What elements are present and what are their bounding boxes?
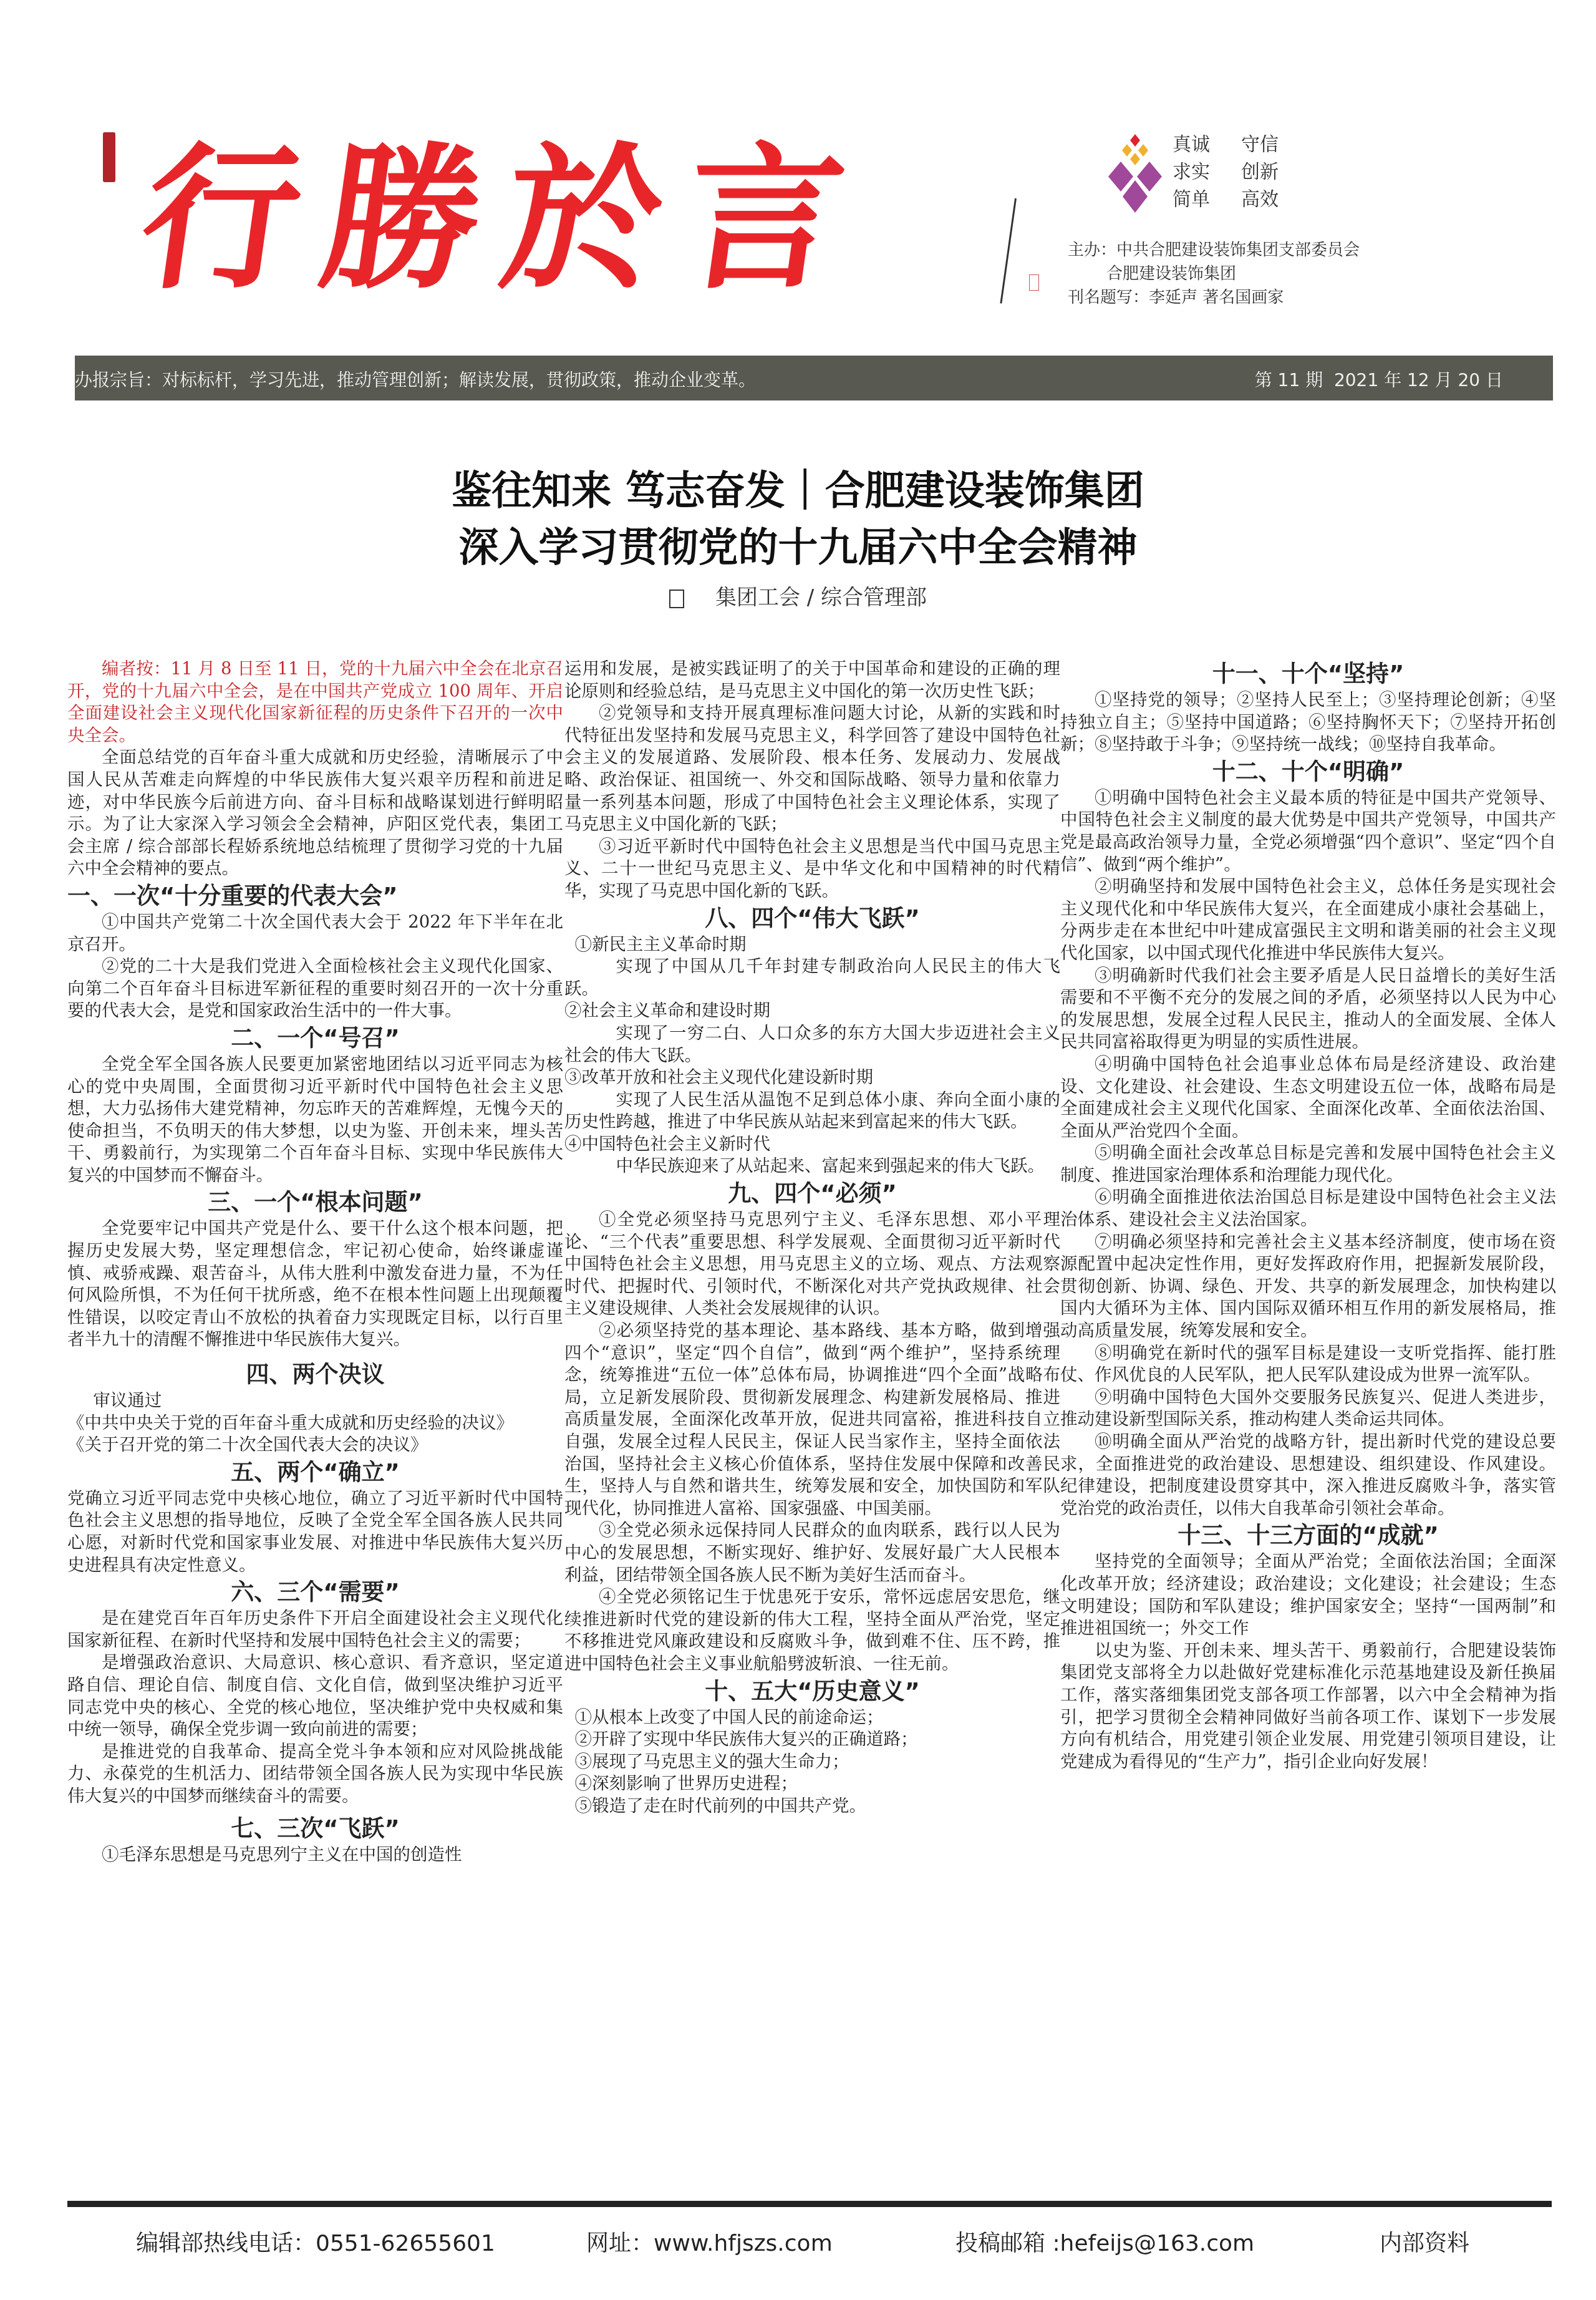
section-heading: 十、五大“历史意义” <box>564 1677 1060 1707</box>
signature-seal-icon <box>1029 274 1039 291</box>
signature-mark <box>1000 198 1041 307</box>
column-2: 运用和发展，是被实践证明了的关于中国革命和建设的正确的理论原则和经验总结，是马克… <box>564 658 1060 1818</box>
section-heading: 六、三个“需要” <box>67 1578 563 1608</box>
section-heading: 三、一个“根本问题” <box>67 1188 563 1218</box>
editorial-hotline: 编辑部热线电话：0551-62655601 <box>136 2226 495 2258</box>
section-heading: 十三、十三方面的“成就” <box>1060 1521 1556 1551</box>
section-heading: 二、一个“号召” <box>67 1024 563 1054</box>
section-heading: 八、四个“伟大飞跃” <box>564 904 1060 934</box>
column-1: 编者按：11 月 8 日至 11 日，党的十九届六中全会在北京召开，党的十九届六… <box>67 658 563 1866</box>
section-heading: 四、两个决议 <box>67 1360 563 1390</box>
submission-email[interactable]: 投稿邮箱 :hefeijs@163.com <box>955 2226 1254 2258</box>
calligraphy-title: 行勝於言 <box>132 140 878 296</box>
byline: 集团工会 / 综合管理部 <box>0 580 1596 611</box>
internal-material-label: 内部资料 <box>1380 2226 1469 2258</box>
section-heading: 七、三次“飞跃” <box>67 1814 563 1844</box>
purpose-statement: 办报宗旨：对标标杆，学习先进，推动管理创新；解读发展，贯彻政策，推动企业变革。 <box>75 367 756 392</box>
column-3: 十一、十个“坚持” ①坚持党的领导；②坚持人民至上；③坚持理论创新；④坚持独立自… <box>1060 658 1556 1773</box>
masthead: 行勝於言 真诚守信 求实创新 简单高效 主办：中共合肥建设装饰集团支部委员会 合… <box>0 0 1596 356</box>
article-title-line2: 深入学习贯彻党的十九届六中全会精神 <box>0 515 1596 573</box>
purpose-banner: 办报宗旨：对标标杆，学习先进，推动管理创新；解读发展，贯彻政策，推动企业变革。 … <box>75 356 1553 400</box>
editor-note: 编者按：11 月 8 日至 11 日，党的十九届六中全会在北京召开，党的十九届六… <box>67 658 563 747</box>
website-link[interactable]: 网址：www.hfjszs.com <box>586 2226 833 2258</box>
issue-info: 第 11 期 2021 年 12 月 20 日 <box>1255 367 1503 392</box>
section-heading: 十一、十个“坚持” <box>1060 659 1556 689</box>
company-motto: 真诚守信 求实创新 简单高效 <box>1173 131 1310 213</box>
section-heading: 五、两个“确立” <box>67 1458 563 1488</box>
section-heading: 一、一次“十分重要的代表大会” <box>67 881 563 911</box>
red-seal-icon <box>103 132 115 182</box>
article-title-line1: 鉴往知来 笃志奋发｜合肥建设装饰集团 <box>0 459 1596 516</box>
section-heading: 十二、十个“明确” <box>1060 757 1556 787</box>
box-icon <box>669 590 684 608</box>
company-logo-icon <box>1107 134 1163 215</box>
section-heading: 九、四个“必须” <box>564 1179 1060 1209</box>
footer-divider <box>67 2201 1552 2207</box>
publisher-info: 主办：中共合肥建设装饰集团支部委员会 合肥建设装饰集团 刊名题写：李延声 著名国… <box>1068 238 1360 309</box>
